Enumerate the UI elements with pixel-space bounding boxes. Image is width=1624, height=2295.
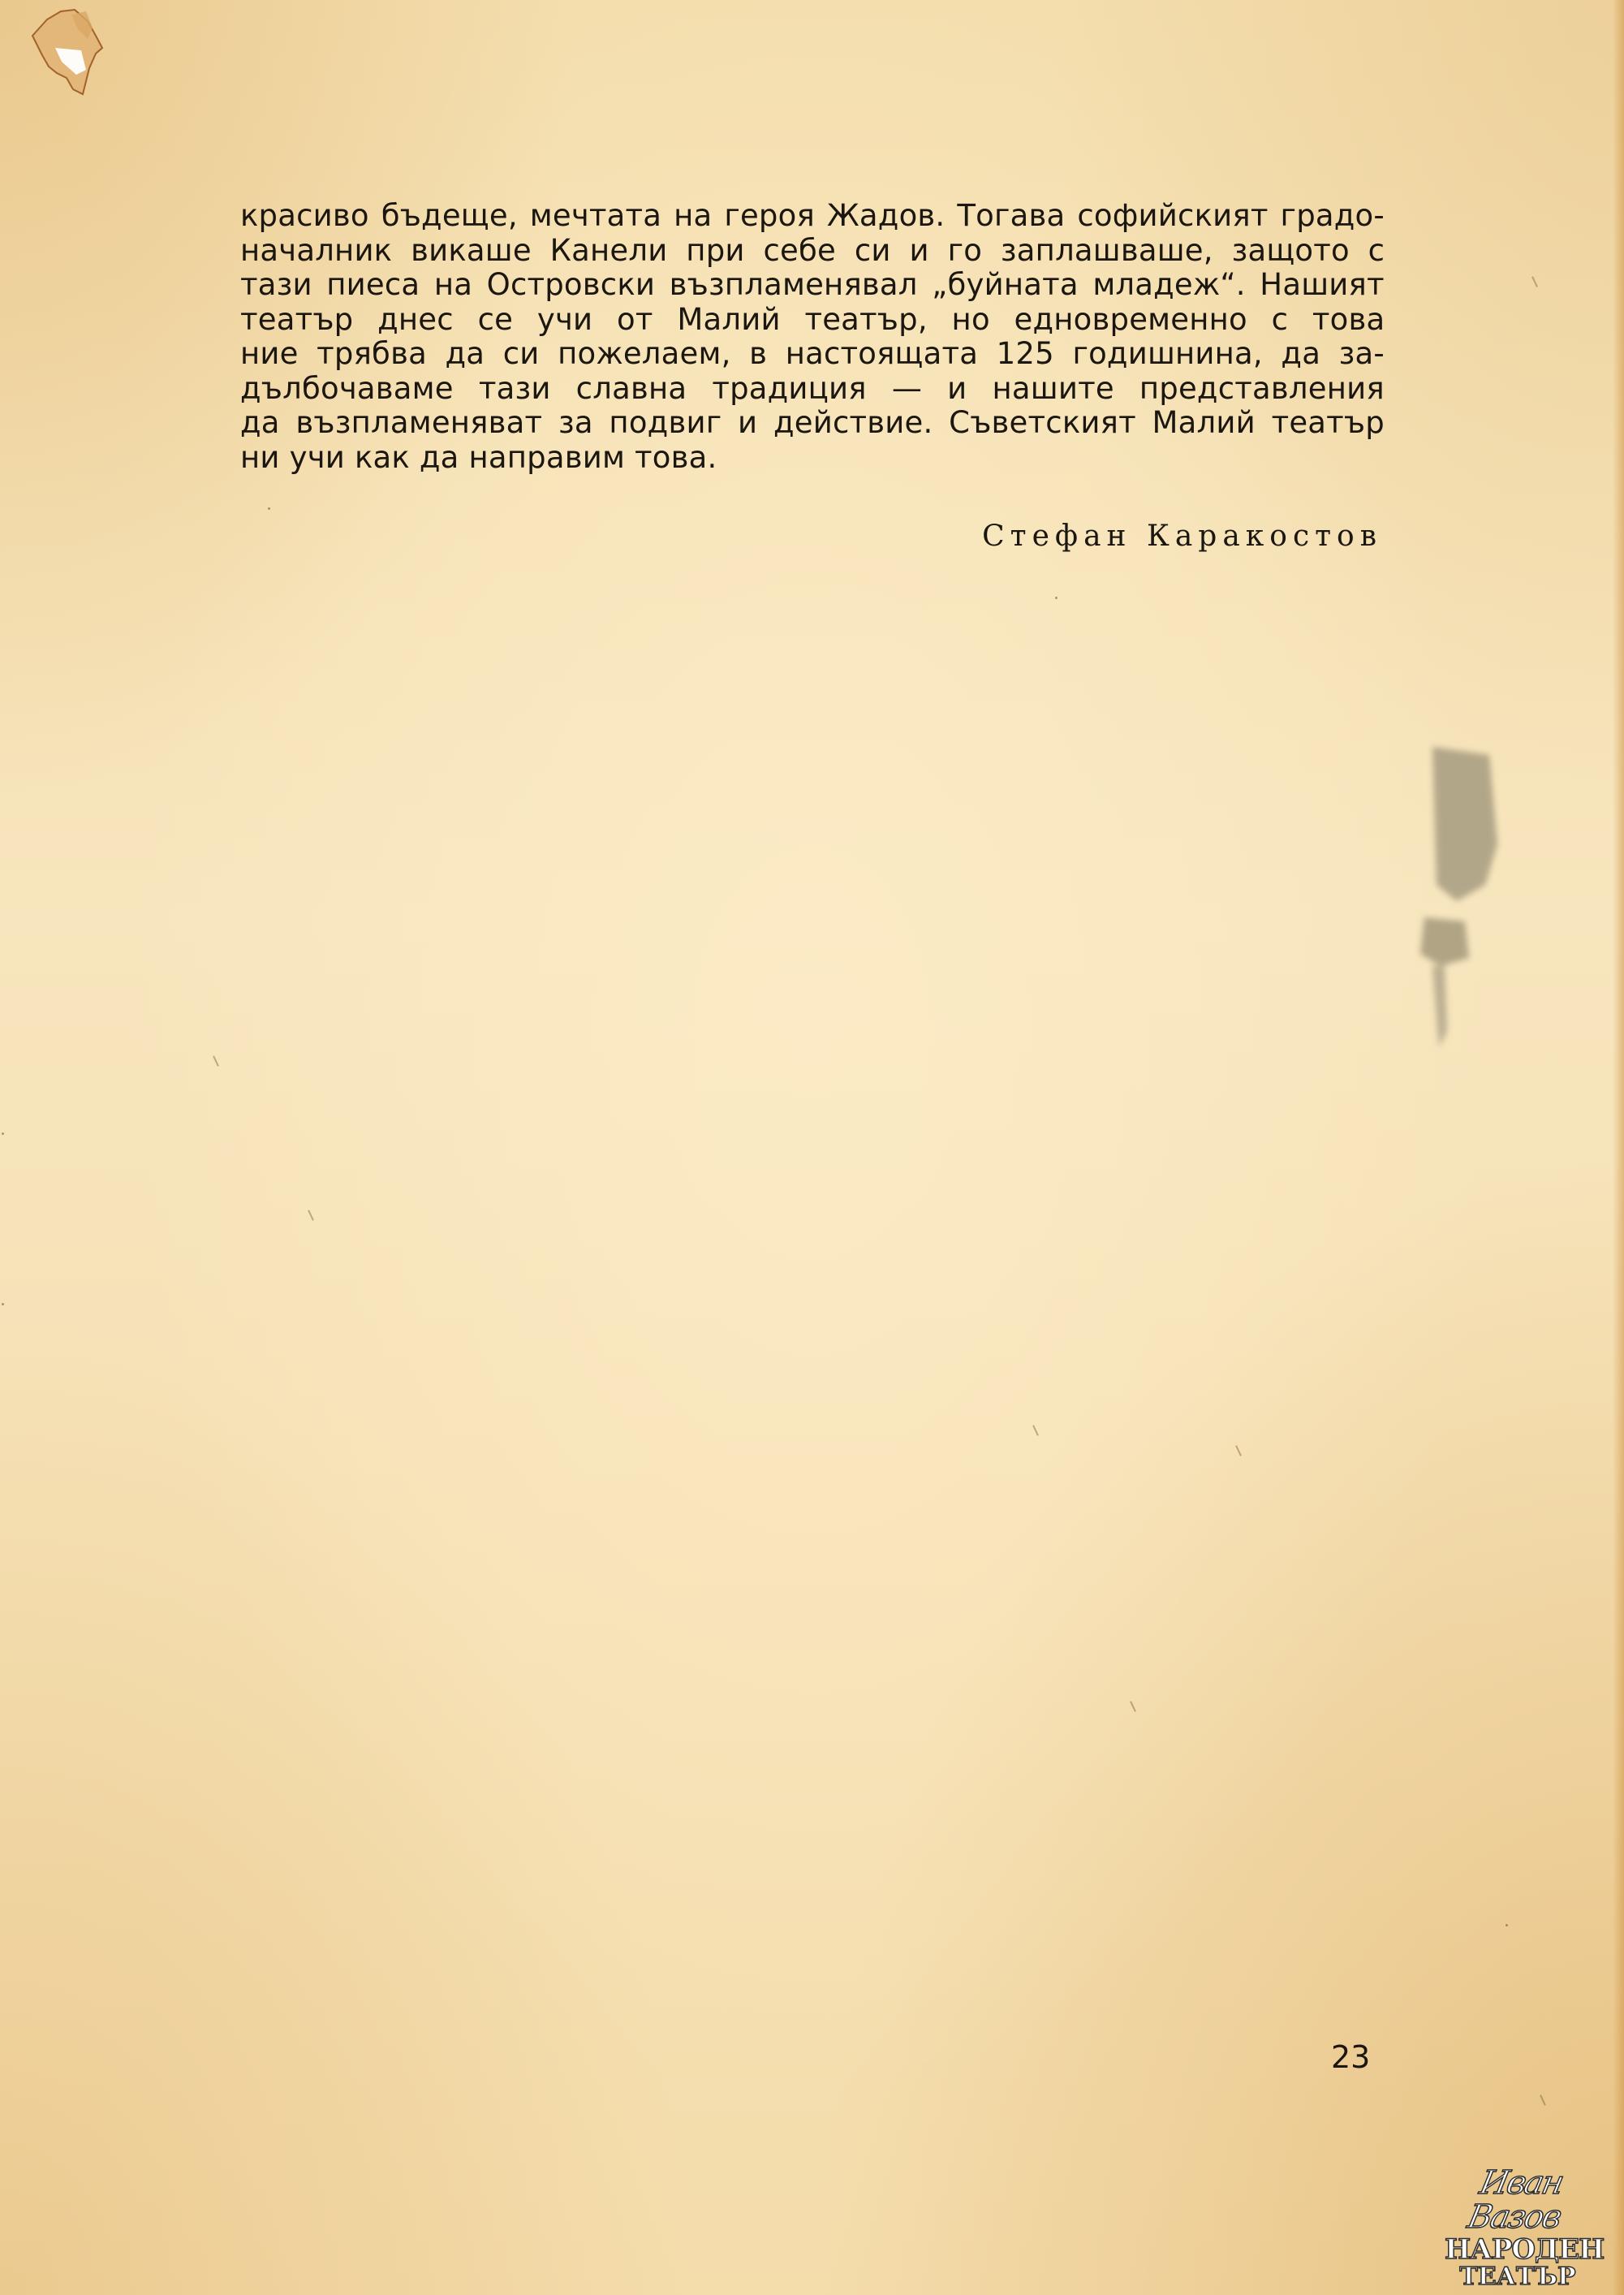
paper-speck [2, 1132, 4, 1135]
text-line: ние трябва да си пожелаем, в настоящата … [240, 337, 1385, 372]
paper-fiber [1130, 1701, 1136, 1712]
text-line: красиво бъдеще, мечтата на героя Жадов. … [240, 199, 1385, 234]
logo-line-1: НАРОДЕН [1445, 2234, 1591, 2265]
paper-speck [1506, 1924, 1508, 1926]
text-line: да възпламеняват за подвиг и действие. С… [240, 406, 1385, 441]
ink-smudge-mark [1408, 723, 1506, 1063]
text-line: дълбочаваме тази славна традиция — и наш… [240, 372, 1385, 407]
paper-fiber [1531, 276, 1538, 287]
paper-fiber [308, 1210, 314, 1221]
logo-script-signature: Иван Вазов [1437, 2166, 1598, 2234]
page-number: 23 [1331, 2039, 1370, 2075]
paper-speck [1055, 597, 1058, 599]
page-edge-shadow [1613, 0, 1624, 2295]
text-line: театър днес се учи от Малий театър, но е… [240, 303, 1385, 338]
text-line: ни учи как да направим това. [240, 441, 1385, 476]
author-signature: Стефан Каракостов [982, 520, 1382, 553]
logo-line-2: ТЕАТЪР [1445, 2262, 1591, 2293]
paper-fiber [213, 1055, 219, 1067]
text-line: тази пиеса на Островски възпламенявал „б… [240, 268, 1385, 303]
torn-hole-mark [24, 3, 114, 101]
paper-fiber [1032, 1425, 1039, 1436]
paper-speck [268, 507, 270, 510]
article-body: красиво бъдеще, мечтата на героя Жадов. … [240, 199, 1385, 475]
text-line: началник викаше Канели при себе си и го … [240, 234, 1385, 269]
paper-fiber [1235, 1445, 1242, 1456]
paper-fiber [1540, 2094, 1546, 2106]
paper-speck [2, 1303, 4, 1305]
scanned-page: красиво бъдеще, мечтата на героя Жадов. … [0, 0, 1624, 2295]
national-theatre-watermark-logo: Иван Вазов НАРОДЕН ТЕАТЪР [1445, 2166, 1591, 2267]
